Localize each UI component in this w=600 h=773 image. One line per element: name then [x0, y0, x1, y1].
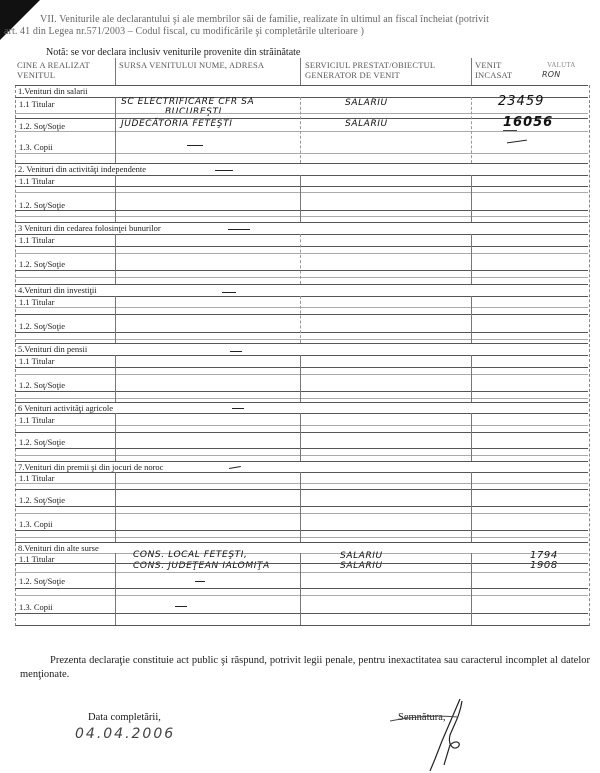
divider: [15, 284, 588, 285]
legal-statement: Prezenta declaraţie constituie act publi…: [20, 654, 590, 682]
col-divider: [471, 413, 472, 461]
divider: [15, 413, 588, 414]
section-title-6: 6 Venituri activităţi agricole: [18, 403, 113, 413]
col-divider: [471, 355, 472, 402]
header-divider: [115, 58, 116, 85]
header-divider: [471, 58, 472, 85]
col-divider: [115, 413, 116, 461]
section-title-4: 4.Venituri din investiţii: [18, 285, 97, 295]
divider: [15, 85, 588, 86]
col-divider: [115, 97, 116, 163]
note: Notă: se vor declara inclusiv veniturile…: [46, 47, 300, 58]
header-currency-label: VALUTA: [547, 60, 576, 70]
row-label: 1.1 Titular: [19, 473, 54, 483]
section-title: VII. Veniturile ale declarantului şi ale…: [0, 14, 600, 38]
cell-service: SALARIU: [340, 551, 383, 561]
col-divider: [471, 296, 472, 343]
divider: [15, 314, 588, 315]
col-divider: [300, 97, 301, 163]
divider: [15, 374, 588, 375]
header-who: CINE A REALIZAT VENITUL: [17, 60, 113, 80]
row-label: 1.2. Soţ/Soţie: [19, 576, 65, 586]
cell-service: SALARIU: [345, 119, 388, 129]
divider: [15, 277, 588, 278]
row-label: 1.2. Soţ/Soţie: [19, 121, 65, 131]
divider: [15, 530, 588, 531]
divider: [15, 506, 588, 507]
divider: [15, 192, 588, 193]
section-title-7: 7.Venituri din premii şi din jocuri de n…: [18, 462, 163, 472]
divider: [15, 355, 588, 356]
section-title-8: 8.Venituri din alte surse: [18, 543, 99, 553]
divider: [15, 455, 588, 456]
col-divider: [471, 553, 472, 625]
col-divider: [471, 472, 472, 542]
header-source: SURSA VENITULUI NUME, ADRESA: [119, 60, 264, 70]
empty-dash-mark: [175, 606, 187, 608]
divider: [15, 153, 588, 154]
row-label: 1.1 Titular: [19, 99, 54, 109]
divider: [15, 563, 588, 564]
header-amount: VENIT INCASAT: [475, 60, 530, 80]
col-divider: [115, 553, 116, 625]
empty-dash-mark: [230, 351, 242, 353]
section-title-2: 2. Venituri din activităţi independente: [18, 164, 146, 174]
col-divider: [115, 472, 116, 542]
divider: [15, 234, 588, 235]
row-label: 1.1 Titular: [19, 176, 54, 186]
divider: [15, 448, 588, 449]
header-divider: [300, 58, 301, 85]
col-divider: [115, 355, 116, 402]
date-label: Data completării,: [88, 712, 161, 723]
empty-dash-mark: [187, 145, 203, 147]
divider: [15, 537, 588, 538]
empty-dash-mark: [215, 170, 233, 172]
col-divider: [300, 355, 301, 402]
divider: [15, 483, 588, 484]
divider: [15, 339, 588, 340]
cell-source: SC ELECTRIFICARE CFR SA: [121, 97, 254, 107]
legal-statement-text: Prezenta declaraţie constituie act publi…: [20, 655, 590, 680]
cell-source-line2: BUCUREŞTI: [165, 107, 222, 117]
empty-dash-mark: [228, 229, 250, 231]
title-line-2: art. 41 din Legea nr.571/2003 – Codul fi…: [0, 26, 600, 38]
divider: [15, 186, 588, 187]
divider: [15, 613, 588, 614]
divider: [15, 513, 588, 514]
divider: [15, 175, 588, 176]
divider: [15, 332, 588, 333]
row-label: 1.2. Soţ/Soţie: [19, 495, 65, 505]
row-label: 1.1 Titular: [19, 297, 54, 307]
divider: [15, 398, 588, 399]
divider: [15, 307, 588, 308]
row-label: 1.2. Soţ/Soţie: [19, 437, 65, 447]
empty-dash-mark: [503, 130, 517, 132]
col-divider: [300, 296, 301, 343]
signature-icon: [390, 695, 480, 773]
divider: [15, 489, 588, 490]
section-title-3: 3 Venituri din cedarea folosinţei bunuri…: [18, 223, 161, 233]
row-label: 1.3. Copii: [19, 519, 53, 529]
divider: [15, 210, 588, 211]
divider: [15, 572, 588, 573]
divider: [15, 588, 588, 589]
cell-amount: 16056: [503, 115, 553, 130]
row-label: 1.3. Copii: [19, 142, 53, 152]
divider: [15, 472, 588, 473]
divider: [15, 425, 588, 426]
divider: [15, 216, 588, 217]
divider: [15, 296, 588, 297]
divider: [15, 246, 588, 247]
col-divider: [300, 234, 301, 284]
section-title-1: 1.Venituri din salarii: [18, 86, 88, 96]
divider: [15, 253, 588, 254]
row-label: 1.2. Soţ/Soţie: [19, 200, 65, 210]
empty-dash-mark: [222, 292, 236, 294]
divider: [15, 367, 588, 368]
row-label: 1.2. Soţ/Soţie: [19, 321, 65, 331]
col-divider: [300, 413, 301, 461]
divider: [15, 391, 588, 392]
row-label: 1.2. Soţ/Soţie: [19, 380, 65, 390]
empty-dash-mark: [195, 581, 205, 583]
col-divider: [300, 175, 301, 222]
title-line-1: VII. Veniturile ale declarantului şi ale…: [0, 14, 600, 26]
cell-source: CONS. LOCAL FETEŞTI,: [133, 550, 247, 560]
section-title-5: 5.Venituri din pensii: [18, 344, 87, 354]
income-table: CINE A REALIZAT VENITUL SURSA VENITULUI …: [15, 58, 588, 86]
row-label: 1.3. Copii: [19, 602, 53, 612]
col-divider: [471, 175, 472, 222]
divider: [15, 432, 588, 433]
row-label: 1.1 Titular: [19, 235, 54, 245]
divider: [15, 542, 588, 543]
divider: [15, 270, 588, 271]
header-currency-value: RON: [542, 70, 560, 80]
col-divider: [300, 553, 301, 625]
row-label: 1.1 Titular: [19, 356, 54, 366]
divider: [15, 343, 588, 344]
divider: [15, 553, 588, 554]
col-divider: [115, 234, 116, 284]
col-divider: [115, 175, 116, 222]
col-divider: [300, 472, 301, 542]
divider: [15, 113, 588, 114]
cell-amount-line2: 1908: [530, 560, 558, 571]
cell-source: JUDECĂTORIA FETEŞTI: [121, 119, 232, 129]
table-header: CINE A REALIZAT VENITUL SURSA VENITULUI …: [15, 58, 588, 86]
col-divider: [471, 234, 472, 284]
col-divider: [115, 296, 116, 343]
row-label: 1.2. Soţ/Soţie: [19, 259, 65, 269]
cell-service: SALARIU: [345, 98, 388, 108]
date-value: 04.04.2006: [75, 726, 175, 742]
divider: [15, 595, 588, 596]
row-label: 1.1 Titular: [19, 415, 54, 425]
cell-amount: 23459: [498, 94, 544, 109]
header-service: SERVICIUL PRESTAT/OBIECTUL GENERATOR DE …: [305, 60, 465, 80]
empty-dash-mark: [232, 408, 244, 410]
col-divider: [471, 97, 472, 163]
